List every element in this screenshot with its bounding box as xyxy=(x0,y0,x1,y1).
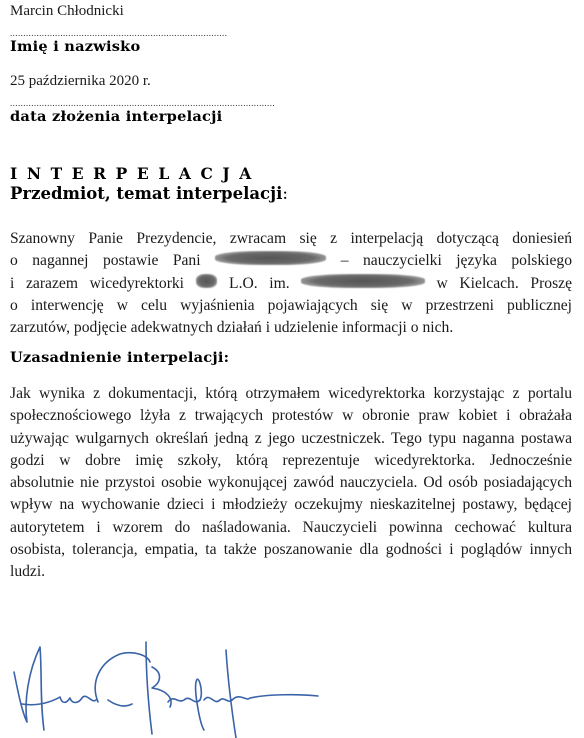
subject-paragraph: Szanowny Panie Prezydencie, zwracam się … xyxy=(10,228,572,339)
text-line: absolutnie nie przystoi osobie wykonując… xyxy=(10,472,572,494)
justification-paragraph: Jak wynika z dokumentacji, którą otrzyma… xyxy=(10,383,572,584)
justification-heading: Uzasadnienie interpelacji: xyxy=(10,350,229,366)
text-line: i zarazem wicedyrektorki VII L.O. im. Jó… xyxy=(10,273,572,295)
submission-date: 25 października 2020 r. xyxy=(10,73,151,90)
text-line: społecznościowego lżyła z trwających pro… xyxy=(10,405,572,427)
redacted-text: Józefa Piłsudskiego xyxy=(301,274,424,288)
text-line: Jak wynika z dokumentacji, którą otrzyma… xyxy=(10,383,572,405)
text-line: o interwencję w celu wyjaśnienia pojawia… xyxy=(10,295,572,317)
text-line: zarzutów, podjęcie adekwatnych działań i… xyxy=(10,317,572,339)
text-line: osobista, tolerancja, empatia, ta także … xyxy=(10,539,572,561)
subject-label-text: Przedmiot, temat interpelacji xyxy=(10,184,282,203)
dotted-line: ........................................… xyxy=(10,29,227,38)
dotted-line: ........................................… xyxy=(10,99,275,108)
subject-colon: : xyxy=(282,184,288,203)
text-line: ludzi. xyxy=(10,561,572,583)
text-fragment: w Kielcach. Proszę xyxy=(425,275,572,292)
text-fragment: o nagannej postawie Pani xyxy=(10,252,215,269)
name-label: Imię i nazwisko xyxy=(10,39,140,55)
date-label: data złożenia interpelacji xyxy=(10,109,222,125)
text-line: wpływ na wychowanie dzieci i młodzieży o… xyxy=(10,494,572,516)
signature-icon xyxy=(0,612,330,738)
text-fragment: i zarazem wicedyrektorki xyxy=(10,275,196,292)
subject-label: Przedmiot, temat interpelacji: xyxy=(10,184,288,203)
text-fragment: – nauczycielki języka polskiego xyxy=(326,252,572,269)
text-line: używając wulgarnych określań jedną z jeg… xyxy=(10,428,572,450)
text-line: autorytetem i wzorem do naśladowania. Na… xyxy=(10,517,572,539)
author-name: Marcin Chłodnicki xyxy=(10,3,124,20)
redacted-text: Anity Pakowskiej xyxy=(215,251,326,265)
text-line: Szanowny Panie Prezydencie, zwracam się … xyxy=(10,228,572,250)
redacted-text: VII xyxy=(196,274,218,288)
text-line: godzi w dobre imię szkoły, którą repreze… xyxy=(10,450,572,472)
text-line: o nagannej postawie Pani Anity Pakowskie… xyxy=(10,250,572,272)
text-fragment: L.O. im. xyxy=(217,275,301,292)
document-title: INTERPELACJA xyxy=(10,164,261,183)
